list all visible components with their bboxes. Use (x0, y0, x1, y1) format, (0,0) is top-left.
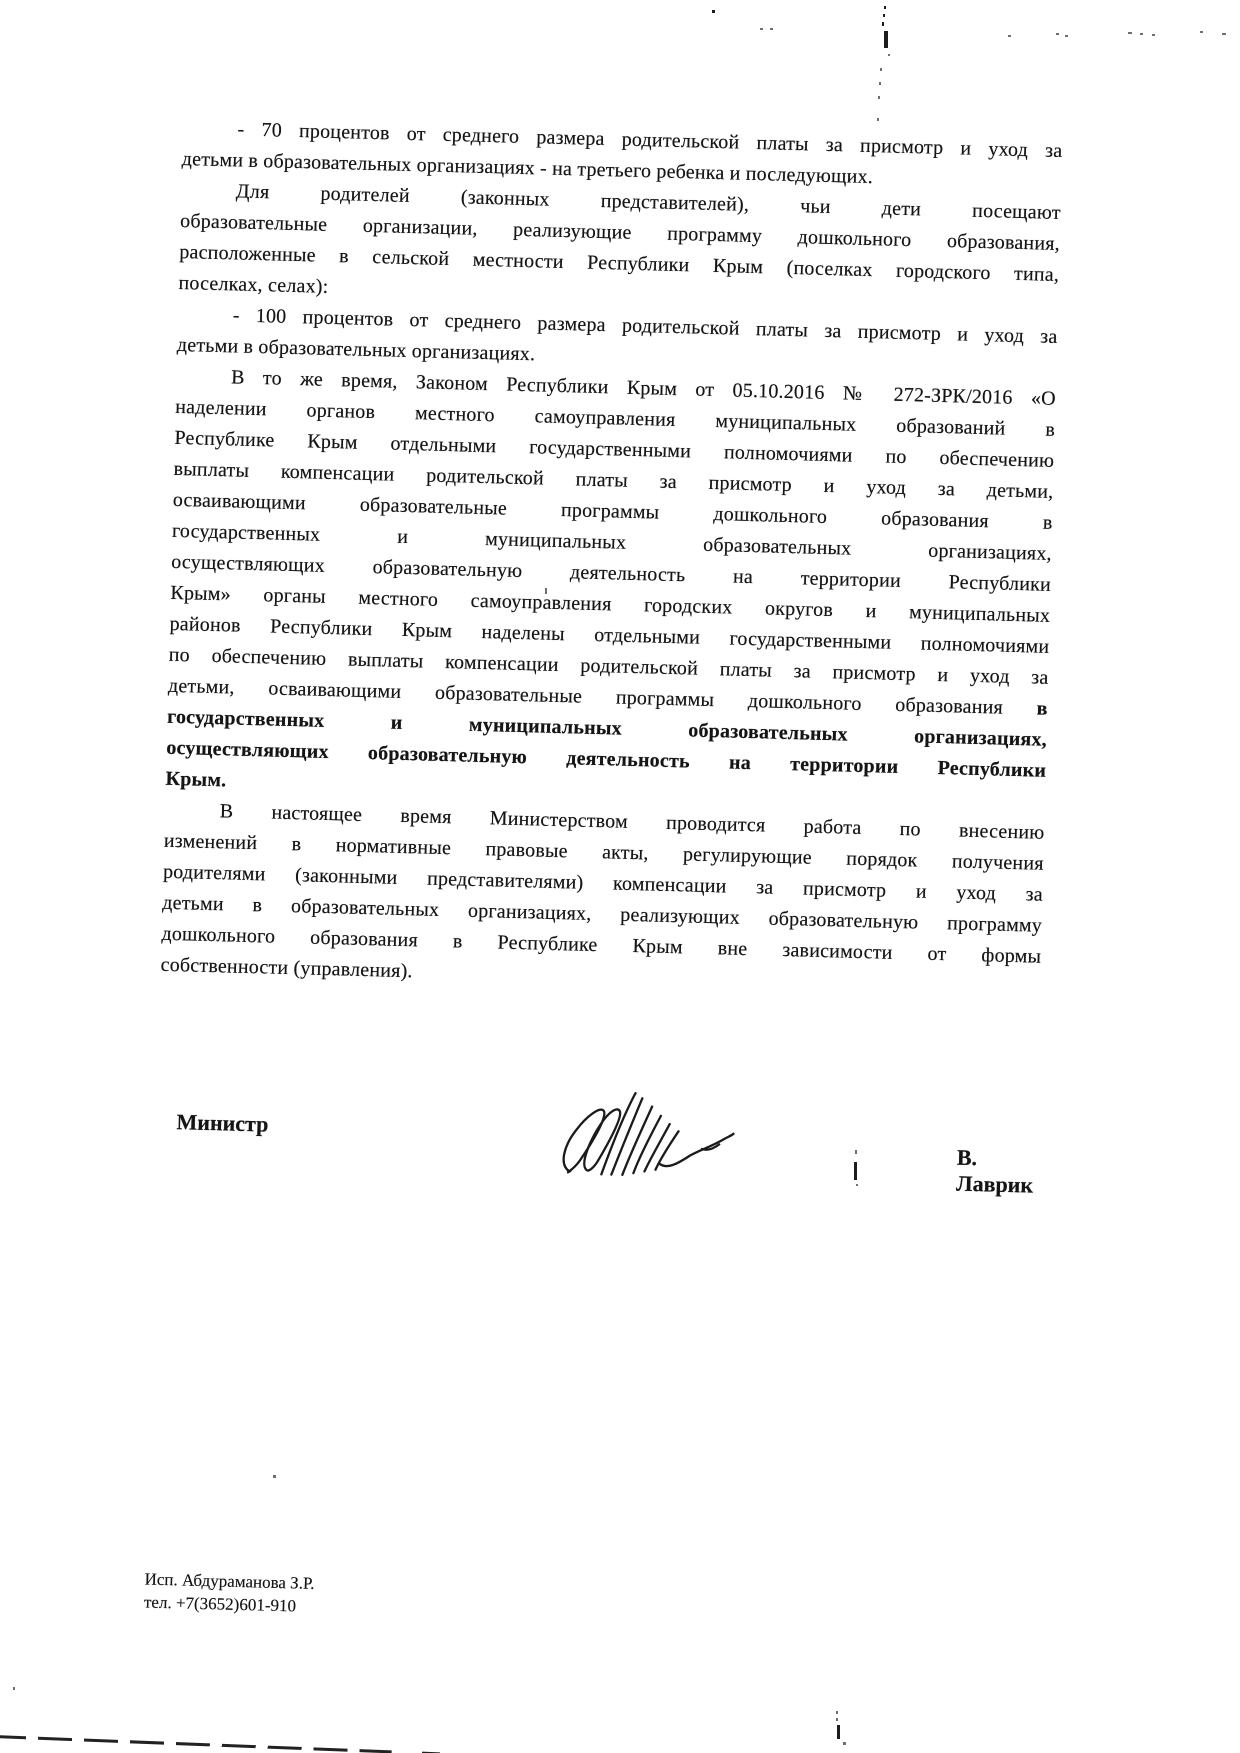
bold-text-segment: в (1036, 698, 1048, 720)
scan-artifact (1128, 32, 1132, 34)
scan-artifact (884, 6, 886, 9)
scan-artifact (760, 28, 763, 30)
page-edge-line (0, 1735, 392, 1753)
signer-title: Министр (176, 1109, 269, 1137)
scan-artifact (880, 68, 882, 71)
text-segment: собственности (управления). (160, 954, 413, 983)
scan-artifact (855, 1150, 857, 1154)
scan-artifact (545, 588, 547, 594)
scan-artifact (1008, 35, 1011, 37)
document-body: - 70 процентов от среднего размера родит… (160, 113, 1062, 1004)
scan-artifact (273, 1475, 276, 1478)
scanned-document-page: { "colors": { "ink": "#151515", "paper":… (0, 0, 1240, 1753)
bold-text-segment: Крым. (165, 768, 226, 792)
signer-name: В. Лаврик (956, 1145, 1036, 1199)
document-footer: Исп. Абдураманова З.Р. тел. +7(3652)601-… (144, 1568, 315, 1618)
scan-artifact (877, 118, 879, 121)
scan-artifact (854, 1162, 857, 1180)
scan-artifact (879, 82, 881, 85)
scan-artifact (1065, 35, 1068, 37)
scan-artifact (13, 1687, 15, 1690)
scan-artifact (837, 1725, 840, 1739)
paragraph: В настоящее время Министерством проводит… (160, 795, 1045, 1004)
scan-artifact (843, 1742, 846, 1745)
scan-artifact (712, 10, 715, 13)
scan-artifact (882, 22, 884, 26)
paragraph: Для родителей (законных представителей),… (178, 175, 1061, 322)
scan-artifact (836, 1718, 838, 1721)
scan-artifact (770, 28, 773, 30)
scan-artifact (1152, 34, 1155, 36)
scan-artifact (836, 1711, 838, 1714)
phone-line: тел. +7(3652)601-910 (144, 1590, 315, 1617)
document-paragraphs: - 70 процентов от среднего размера родит… (160, 113, 1062, 1004)
scan-artifact (883, 14, 885, 17)
scan-artifact (1200, 31, 1203, 33)
scan-artifact (1222, 33, 1226, 35)
scan-artifact (1140, 33, 1143, 35)
scan-artifact (1056, 33, 1059, 35)
scan-artifact (856, 1184, 858, 1186)
text-segment: поселках, селах): (178, 272, 328, 298)
text-segment: детьми в образовательных организациях. (177, 334, 536, 365)
scan-artifact (884, 31, 888, 48)
paragraph: В то же время, Законом Республики Крым о… (165, 361, 1056, 818)
scan-artifact (888, 54, 890, 56)
scan-artifact (878, 96, 880, 99)
handwritten-signature-icon (555, 1083, 738, 1186)
